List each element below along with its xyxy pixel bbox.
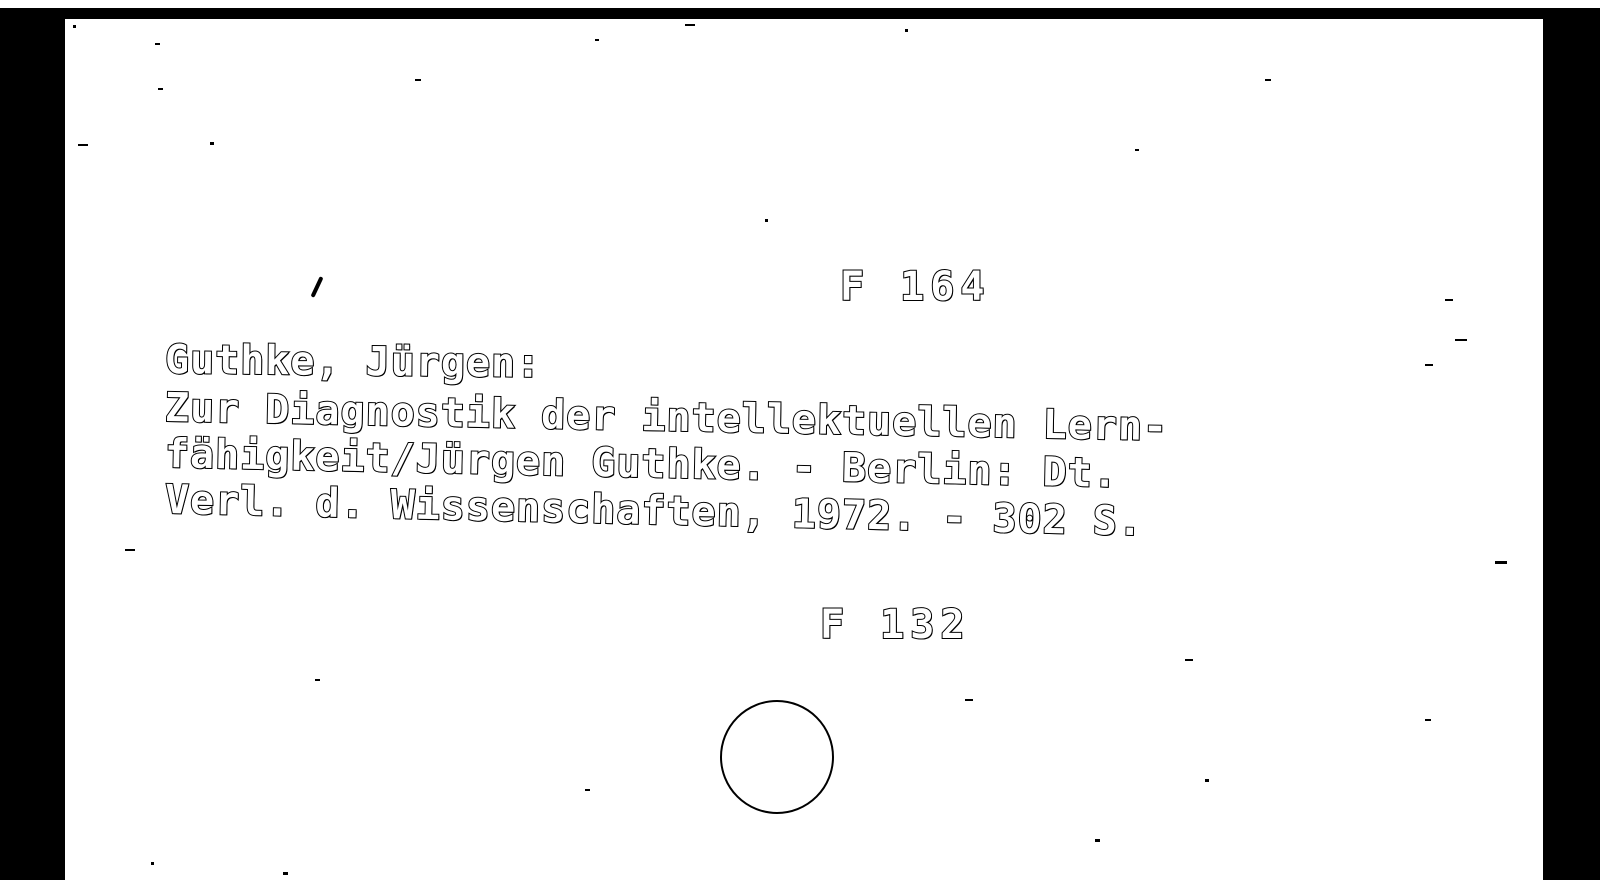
scan-speck (1425, 364, 1433, 366)
scan-speck (415, 79, 421, 81)
scan-speck (1135, 149, 1139, 151)
call-number-bottom: F 132 (820, 602, 970, 648)
scan-speck (78, 144, 88, 146)
scan-speck (1095, 839, 1100, 842)
scan-speck (158, 88, 163, 90)
scan-speck (905, 29, 908, 32)
scan-speck (685, 24, 695, 26)
scan-speck (125, 549, 135, 551)
scan-speck (1205, 779, 1209, 782)
scan-speck (595, 39, 599, 41)
scan-speck (155, 43, 160, 45)
scan-speck (1425, 719, 1431, 721)
catalog-card: F 164 Guthke, Jürgen: Zur Diagnostik der… (65, 19, 1543, 880)
scan-speck (73, 25, 76, 28)
scan-speck (965, 699, 973, 701)
scan-speck (1445, 299, 1453, 301)
scan-speck (1455, 339, 1467, 341)
scan-speck (585, 789, 590, 791)
scan-speck (1185, 659, 1193, 661)
scan-top-margin (0, 0, 1600, 8)
call-number-top: F 164 (840, 264, 990, 310)
punch-hole-circle (720, 700, 834, 814)
scan-speck (283, 872, 288, 875)
scan-speck (210, 142, 214, 145)
author-heading: Guthke, Jürgen: (165, 337, 542, 387)
pencil-mark (311, 276, 324, 298)
scan-speck (1495, 561, 1507, 564)
scan-speck (1265, 79, 1271, 81)
scan-speck (315, 679, 320, 681)
scan-speck (765, 219, 768, 222)
scan-speck (151, 862, 154, 865)
